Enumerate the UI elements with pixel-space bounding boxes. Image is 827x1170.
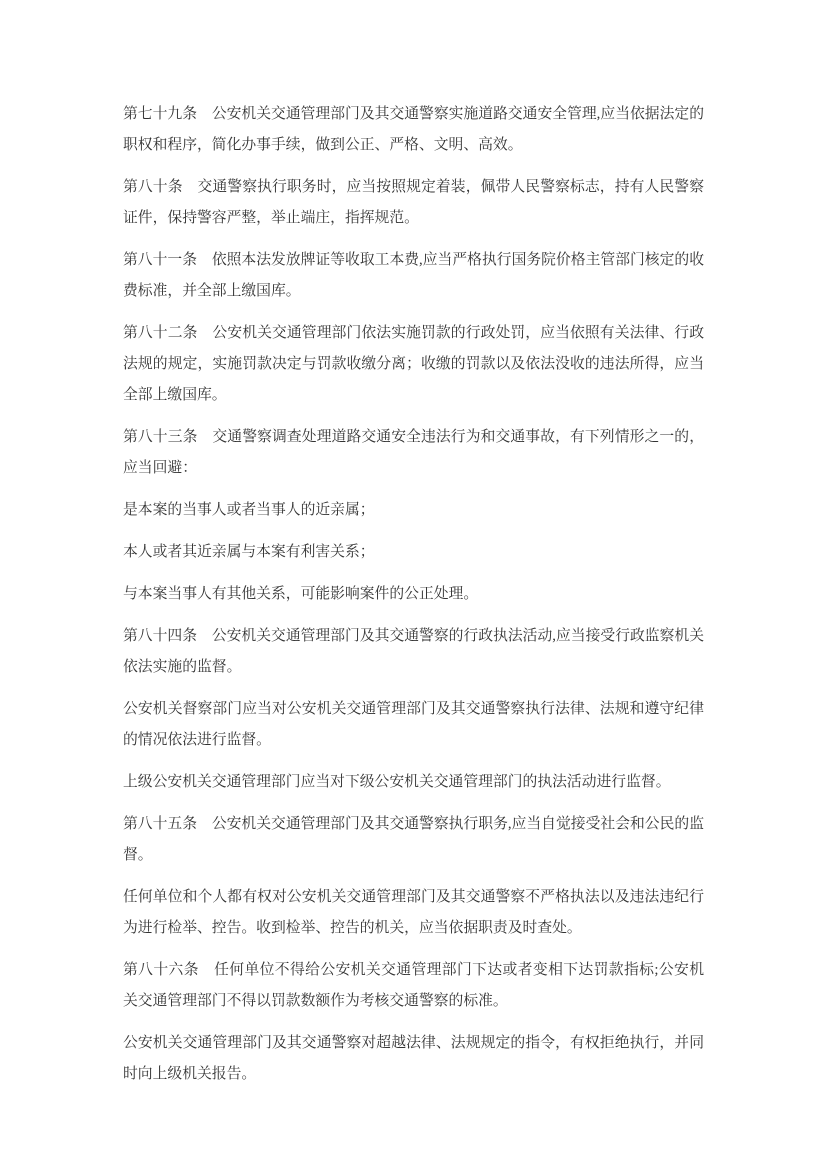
- article-85-para-2: 任何单位和个人都有权对公安机关交通管理部门及其交通警察不严格执法以及违法违纪行为…: [123, 882, 704, 944]
- article-83-item-2: 本人或者其近亲属与本案有利害关系；: [123, 537, 704, 568]
- article-83-item-1: 是本案的当事人或者当事人的近亲属；: [123, 495, 704, 526]
- article-82: 第八十二条 公安机关交通管理部门依法实施罚款的行政处罚，应当依照有关法律、行政法…: [123, 318, 704, 411]
- article-85: 第八十五条 公安机关交通管理部门及其交通警察执行职务,应当自觉接受社会和公民的监…: [123, 809, 704, 871]
- article-83: 第八十三条 交通警察调查处理道路交通安全违法行为和交通事故，有下列情形之一的，应…: [123, 422, 704, 484]
- article-79: 第七十九条 公安机关交通管理部门及其交通警察实施道路交通安全管理,应当依据法定的…: [123, 99, 704, 161]
- document-page: 第七十九条 公安机关交通管理部门及其交通警察实施道路交通安全管理,应当依据法定的…: [0, 0, 827, 1170]
- law-text-body: 第七十九条 公安机关交通管理部门及其交通警察实施道路交通安全管理,应当依据法定的…: [123, 0, 704, 1090]
- article-83-item-3: 与本案当事人有其他关系，可能影响案件的公正处理。: [123, 579, 704, 610]
- article-84-para-2: 公安机关督察部门应当对公安机关交通管理部门及其交通警察执行法律、法规和遵守纪律的…: [123, 694, 704, 756]
- article-84-para-3: 上级公安机关交通管理部门应当对下级公安机关交通管理部门的执法活动进行监督。: [123, 767, 704, 798]
- article-86: 第八十六条 任何单位不得给公安机关交通管理部门下达或者变相下达罚款指标;公安机关…: [123, 955, 704, 1017]
- article-86-para-2: 公安机关交通管理部门及其交通警察对超越法律、法规规定的指令，有权拒绝执行，并同时…: [123, 1028, 704, 1090]
- article-81: 第八十一条 依照本法发放牌证等收取工本费,应当严格执行国务院价格主管部门核定的收…: [123, 245, 704, 307]
- article-84: 第八十四条 公安机关交通管理部门及其交通警察的行政执法活动,应当接受行政监察机关…: [123, 621, 704, 683]
- article-80: 第八十条 交通警察执行职务时，应当按照规定着装，佩带人民警察标志，持有人民警察证…: [123, 172, 704, 234]
